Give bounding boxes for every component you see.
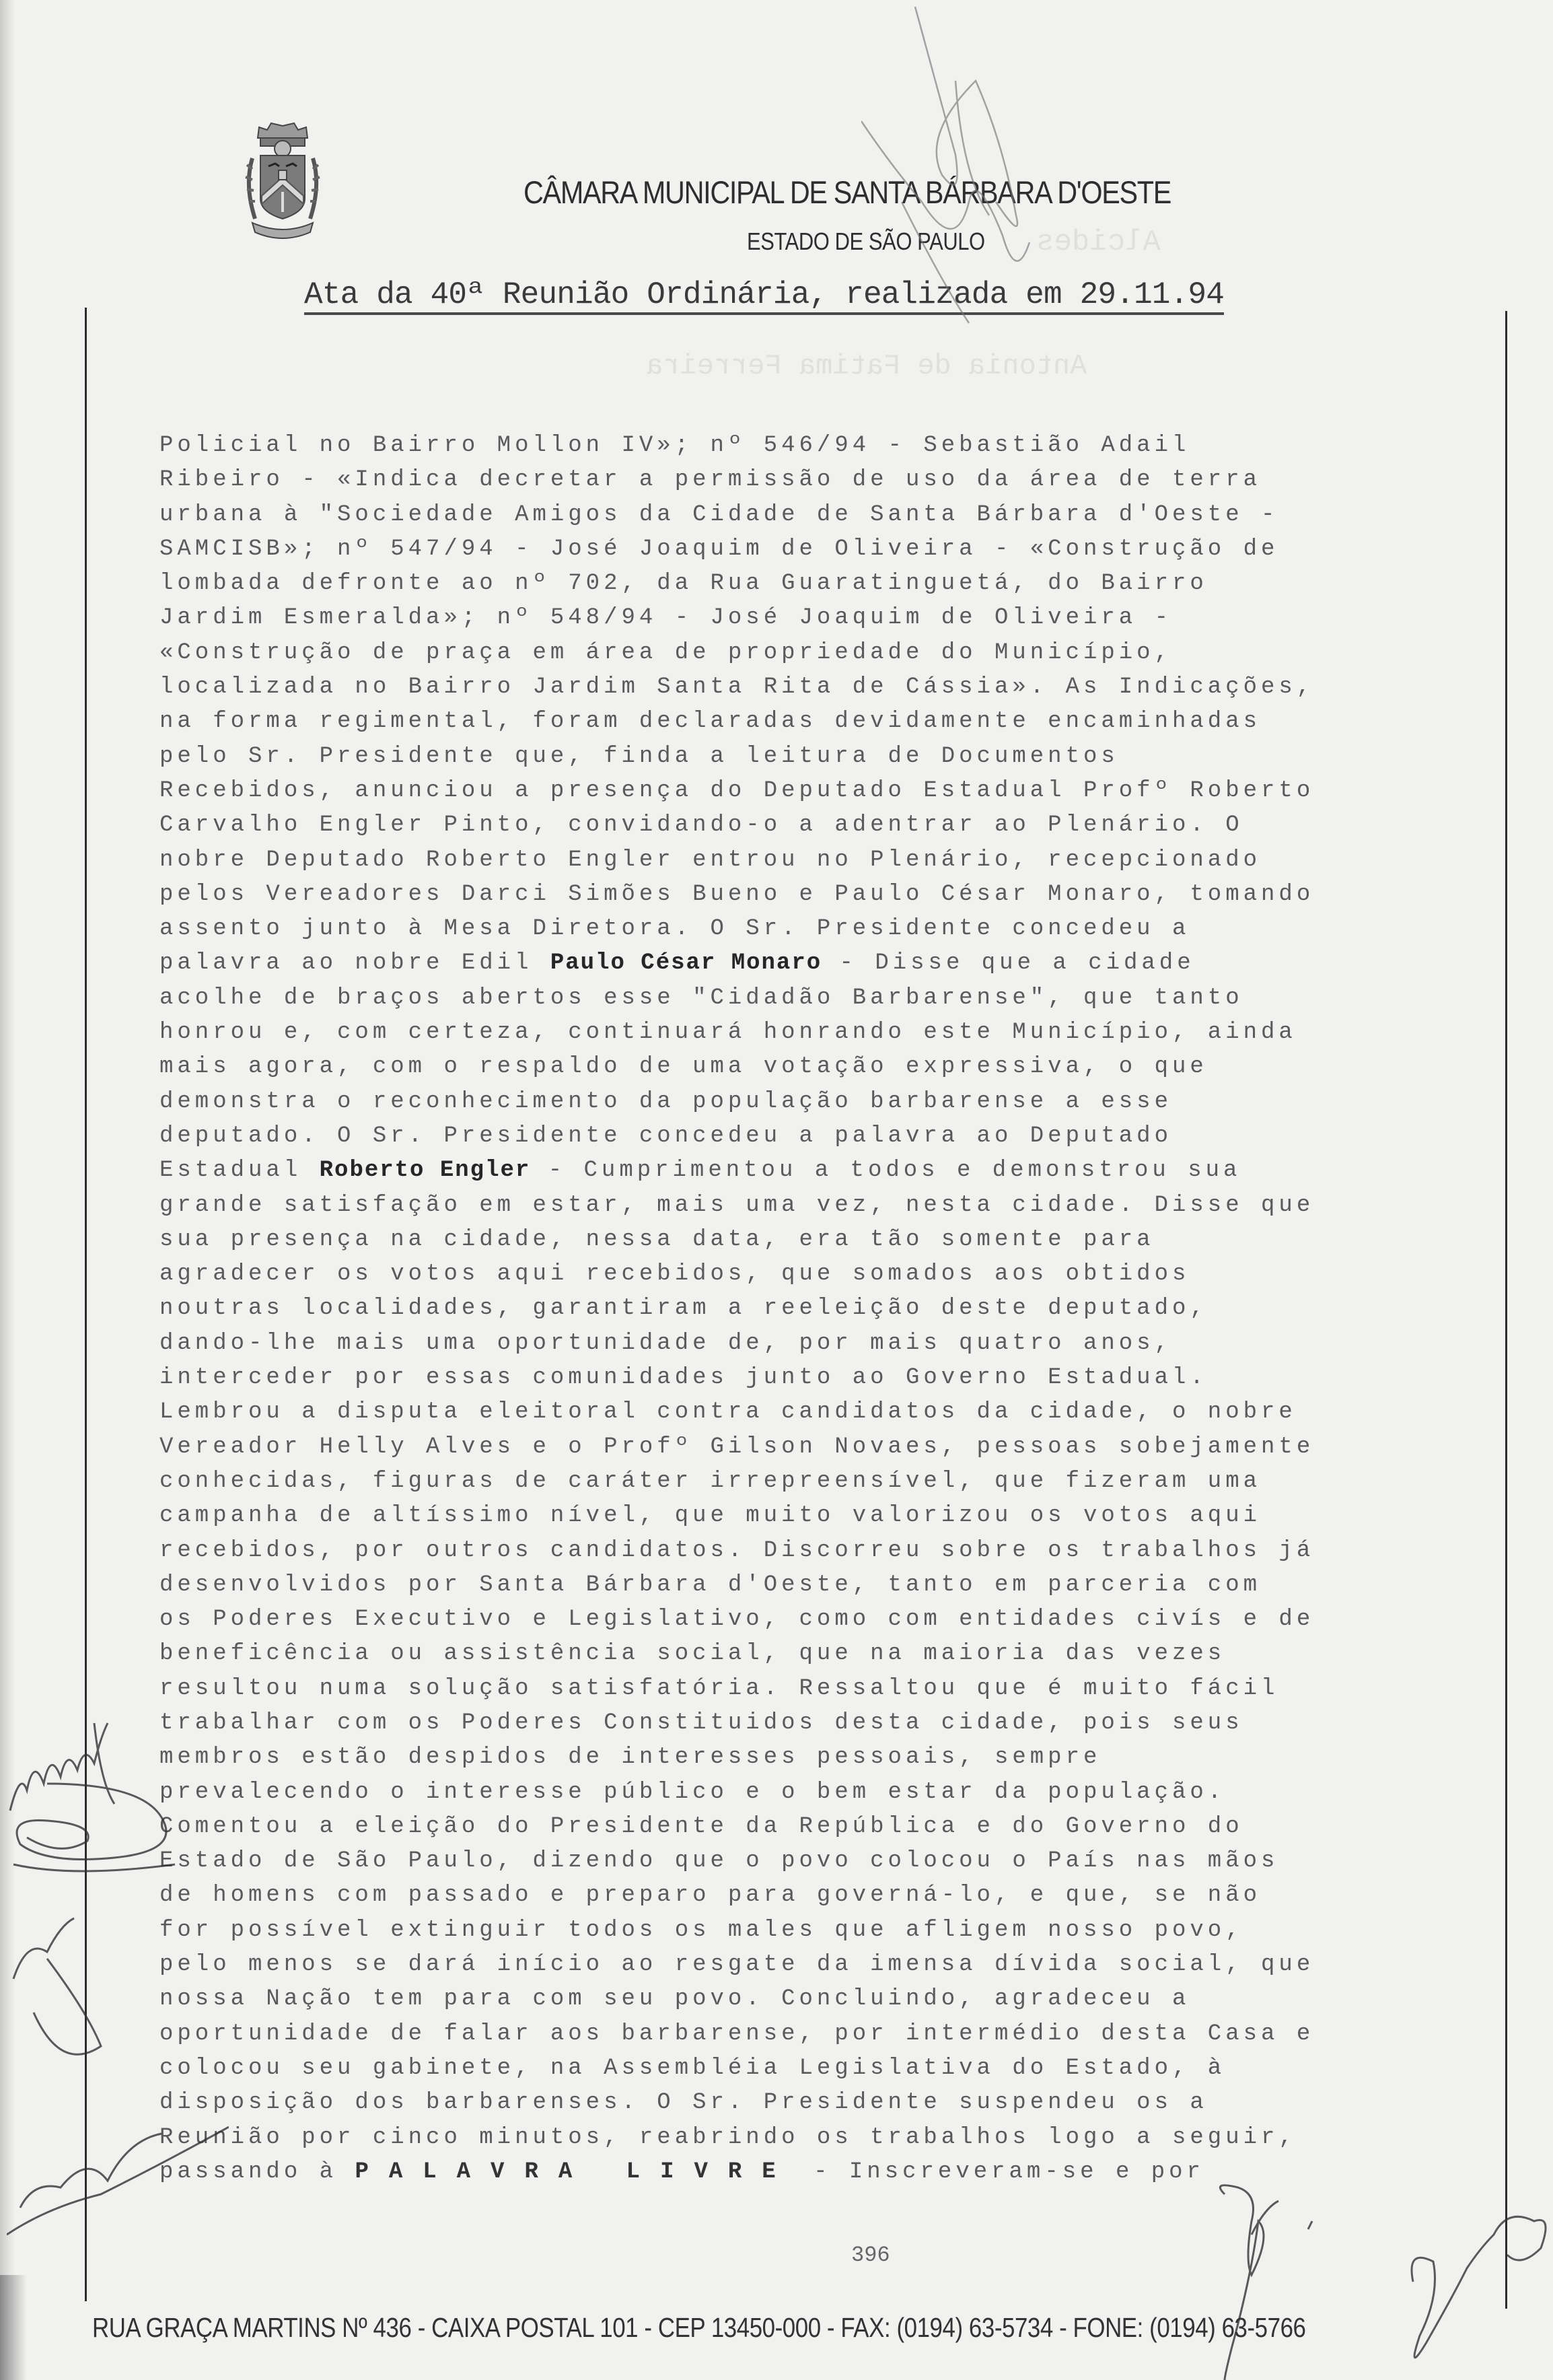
footer-address: RUA GRAÇA MARTINS Nº 436 - CAIXA POSTAL … [92,2312,1306,2344]
text-line: recebidos, por outros candidatos. Discor… [159,1534,1482,1568]
document-title: Ata da 40ª Reunião Ordinária, realizada … [304,277,1224,315]
text-line: passando à PALAVRA LIVRE - Inscreveram-s… [159,2155,1482,2190]
text-line: localizada no Bairro Jardim Santa Rita d… [159,670,1482,705]
text-line: prevalecendo o interesse público e o bem… [159,1776,1482,1810]
line-text: grande satisfação em estar, mais uma vez… [159,1193,1314,1218]
text-line: os Poderes Executivo e Legislativo, como… [159,1603,1482,1637]
line-text: acolhe de braços abertos esse "Cidadão B… [159,985,1243,1011]
text-line: «Construção de praça em área de propried… [159,636,1482,670]
line-text: passando à [159,2159,355,2185]
bleed-through-text: Antonia de Fatima Ferreira [646,350,1087,382]
line-text: agradecer os votos aqui recebidos, que s… [159,1261,1190,1287]
text-line: conhecidas, figuras de caráter irrepreen… [159,1465,1482,1499]
state-name: ESTADO DE SÃO PAULO [747,228,985,256]
line-text: nobre Deputado Roberto Engler entrou no … [159,847,1261,873]
line-text: - Cumprimentou a todos e demonstrou sua [530,1158,1241,1183]
line-text: Jardim Esmeralda»; nº 548/94 - José Joaq… [159,605,1172,631]
line-text: recebidos, por outros candidatos. Discor… [159,1538,1314,1564]
line-text: mais agora, com o respaldo de uma votaçã… [159,1054,1208,1080]
text-line: deputado. O Sr. Presidente concedeu a pa… [159,1119,1482,1154]
line-text: Reunião por cinco minutos, reabrindo os … [159,2125,1297,2150]
line-text: prevalecendo o interesse público e o bem… [159,1780,1225,1805]
line-text: - Inscreveram-se e por [796,2159,1204,2185]
line-text: beneficência ou assistência social, que … [159,1641,1225,1667]
line-text: membros estão despidos de interesses pes… [159,1745,1101,1770]
text-line: Reunião por cinco minutos, reabrindo os … [159,2121,1482,2155]
text-line: beneficência ou assistência social, que … [159,1637,1482,1671]
text-line: assento junto à Mesa Diretora. O Sr. Pre… [159,912,1482,946]
text-line: grande satisfação em estar, mais uma vez… [159,1189,1482,1223]
line-text: localizada no Bairro Jardim Santa Rita d… [159,674,1314,700]
text-line: colocou seu gabinete, na Assembléia Legi… [159,2052,1482,2086]
text-line: Recebidos, anunciou a presença do Deputa… [159,774,1482,808]
text-line: trabalhar com os Poderes Constituidos de… [159,1706,1482,1741]
text-line: desenvolvidos por Santa Bárbara d'Oeste,… [159,1568,1482,1603]
line-text: oportunidade de falar aos barbarense, po… [159,2021,1314,2047]
text-line: sua presença na cidade, nessa data, era … [159,1223,1482,1257]
text-line: de homens com passado e preparo para gov… [159,1879,1482,1913]
text-line: interceder por essas comunidades junto a… [159,1361,1482,1395]
line-text: colocou seu gabinete, na Assembléia Legi… [159,2056,1225,2081]
text-line: Ribeiro - «Indica decretar a permissão d… [159,463,1482,497]
right-margin-rule [1505,311,1507,2309]
minutes-body: Policial no Bairro Mollon IV»; nº 546/94… [159,429,1482,2190]
line-text: na forma regimental, foram declaradas de… [159,709,1261,734]
line-text: Policial no Bairro Mollon IV»; nº 546/94… [159,433,1190,458]
text-line: SAMCISB»; nº 547/94 - José Joaquim de Ol… [159,532,1482,567]
text-line: oportunidade de falar aos barbarense, po… [159,2017,1482,2052]
text-line: pelo menos se dará início ao resgate da … [159,1948,1482,1982]
text-line: honrou e, com certeza, continuará honran… [159,1016,1482,1050]
text-line: lombada defronte ao nº 702, da Rua Guara… [159,567,1482,601]
line-text: noutras localidades, garantiram a reelei… [159,1296,1208,1321]
line-text: honrou e, com certeza, continuará honran… [159,1020,1297,1045]
line-text: resultou numa solução satisfatória. Ress… [159,1676,1278,1702]
bleed-through-text: Alcides [1036,225,1161,259]
line-text: conhecidas, figuras de caráter irrepreen… [159,1469,1261,1494]
section-heading: PALAVRA LIVRE [355,2159,795,2185]
text-line: nossa Nação tem para com seu povo. Concl… [159,1982,1482,2017]
line-text: Vereador Helly Alves e o Profº Gilson No… [159,1434,1314,1460]
line-text: demonstra o reconhecimento da população … [159,1089,1172,1115]
line-text: Recebidos, anunciou a presença do Deputa… [159,778,1314,804]
page-number: 396 [851,2243,890,2268]
text-line: na forma regimental, foram declaradas de… [159,705,1482,739]
line-text: os Poderes Executivo e Legislativo, como… [159,1607,1314,1632]
scan-shadow [0,2275,27,2380]
line-text: - Disse que a cidade [822,950,1194,976]
text-line: palavra ao nobre Edil Paulo César Monaro… [159,946,1482,981]
text-line: noutras localidades, garantiram a reelei… [159,1292,1482,1326]
line-text: deputado. O Sr. Presidente concedeu a pa… [159,1123,1172,1149]
text-line: Estadual Roberto Engler - Cumprimentou a… [159,1154,1482,1188]
text-line: for possível extinguir todos os males qu… [159,1914,1482,1948]
line-text: assento junto à Mesa Diretora. O Sr. Pre… [159,916,1190,942]
line-text: pelo Sr. Presidente que, finda a leitura… [159,744,1119,769]
text-line: nobre Deputado Roberto Engler entrou no … [159,843,1482,878]
text-line: Comentou a eleição do Presidente da Repú… [159,1810,1482,1844]
line-text: Estadual [159,1158,320,1183]
text-line: Lembrou a disputa eleitoral contra candi… [159,1395,1482,1430]
line-text: de homens com passado e preparo para gov… [159,1883,1261,1908]
text-line: Carvalho Engler Pinto, convidando-o a ad… [159,808,1482,843]
text-line: resultou numa solução satisfatória. Ress… [159,1672,1482,1706]
line-text: interceder por essas comunidades junto a… [159,1365,1208,1391]
speaker-name: Paulo César Monaro [550,950,822,976]
line-text: pelo menos se dará início ao resgate da … [159,1952,1314,1978]
text-line: mais agora, com o respaldo de uma votaçã… [159,1050,1482,1084]
line-text: sua presença na cidade, nessa data, era … [159,1227,1155,1253]
line-text: lombada defronte ao nº 702, da Rua Guara… [159,571,1208,596]
text-line: campanha de altíssimo nível, que muito v… [159,1499,1482,1533]
scan-page-edge [0,0,15,2380]
text-line: pelo Sr. Presidente que, finda a leitura… [159,740,1482,774]
text-line: dando-lhe mais uma oportunidade de, por … [159,1327,1482,1361]
text-line: acolhe de braços abertos esse "Cidadão B… [159,981,1482,1016]
line-text: desenvolvidos por Santa Bárbara d'Oeste,… [159,1572,1261,1598]
line-text: «Construção de praça em área de propried… [159,640,1172,666]
line-text: Ribeiro - «Indica decretar a permissão d… [159,467,1261,493]
line-text: for possível extinguir todos os males qu… [159,1918,1243,1943]
text-line: Estado de São Paulo, dizendo que o povo … [159,1844,1482,1879]
line-text: dando-lhe mais uma oportunidade de, por … [159,1331,1172,1356]
text-line: agradecer os votos aqui recebidos, que s… [159,1257,1482,1292]
line-text: Estado de São Paulo, dizendo que o povo … [159,1848,1278,1874]
line-text: urbana à "Sociedade Amigos da Cidade de … [159,502,1278,528]
text-line: Vereador Helly Alves e o Profº Gilson No… [159,1430,1482,1465]
line-text: Comentou a eleição do Presidente da Repú… [159,1814,1243,1840]
line-text: Lembrou a disputa eleitoral contra candi… [159,1399,1297,1425]
text-line: urbana à "Sociedade Amigos da Cidade de … [159,498,1482,532]
line-text: SAMCISB»; nº 547/94 - José Joaquim de Ol… [159,536,1278,562]
line-text: nossa Nação tem para com seu povo. Concl… [159,1986,1190,2012]
line-text: palavra ao nobre Edil [159,950,550,976]
line-text: campanha de altíssimo nível, que muito v… [159,1503,1261,1529]
signature-bottom-right [1184,2181,1553,2380]
text-line: Policial no Bairro Mollon IV»; nº 546/94… [159,429,1482,463]
municipal-coat-of-arms-icon [232,118,333,246]
line-text: Carvalho Engler Pinto, convidando-o a ad… [159,812,1243,838]
speaker-name: Roberto Engler [320,1158,531,1183]
text-line: disposição dos barbarenses. O Sr. Presid… [159,2086,1482,2120]
text-line: membros estão despidos de interesses pes… [159,1741,1482,1775]
left-margin-rule [85,308,87,2301]
line-text: trabalhar com os Poderes Constituidos de… [159,1710,1243,1736]
text-line: pelos Vereadores Darci Simões Bueno e Pa… [159,878,1482,912]
line-text: disposição dos barbarenses. O Sr. Presid… [159,2090,1208,2115]
text-line: demonstra o reconhecimento da população … [159,1085,1482,1119]
line-text: pelos Vereadores Darci Simões Bueno e Pa… [159,882,1314,907]
institution-name: CÂMARA MUNICIPAL DE SANTA BÁRBARA D'OEST… [523,174,1157,211]
text-line: Jardim Esmeralda»; nº 548/94 - José Joaq… [159,601,1482,635]
